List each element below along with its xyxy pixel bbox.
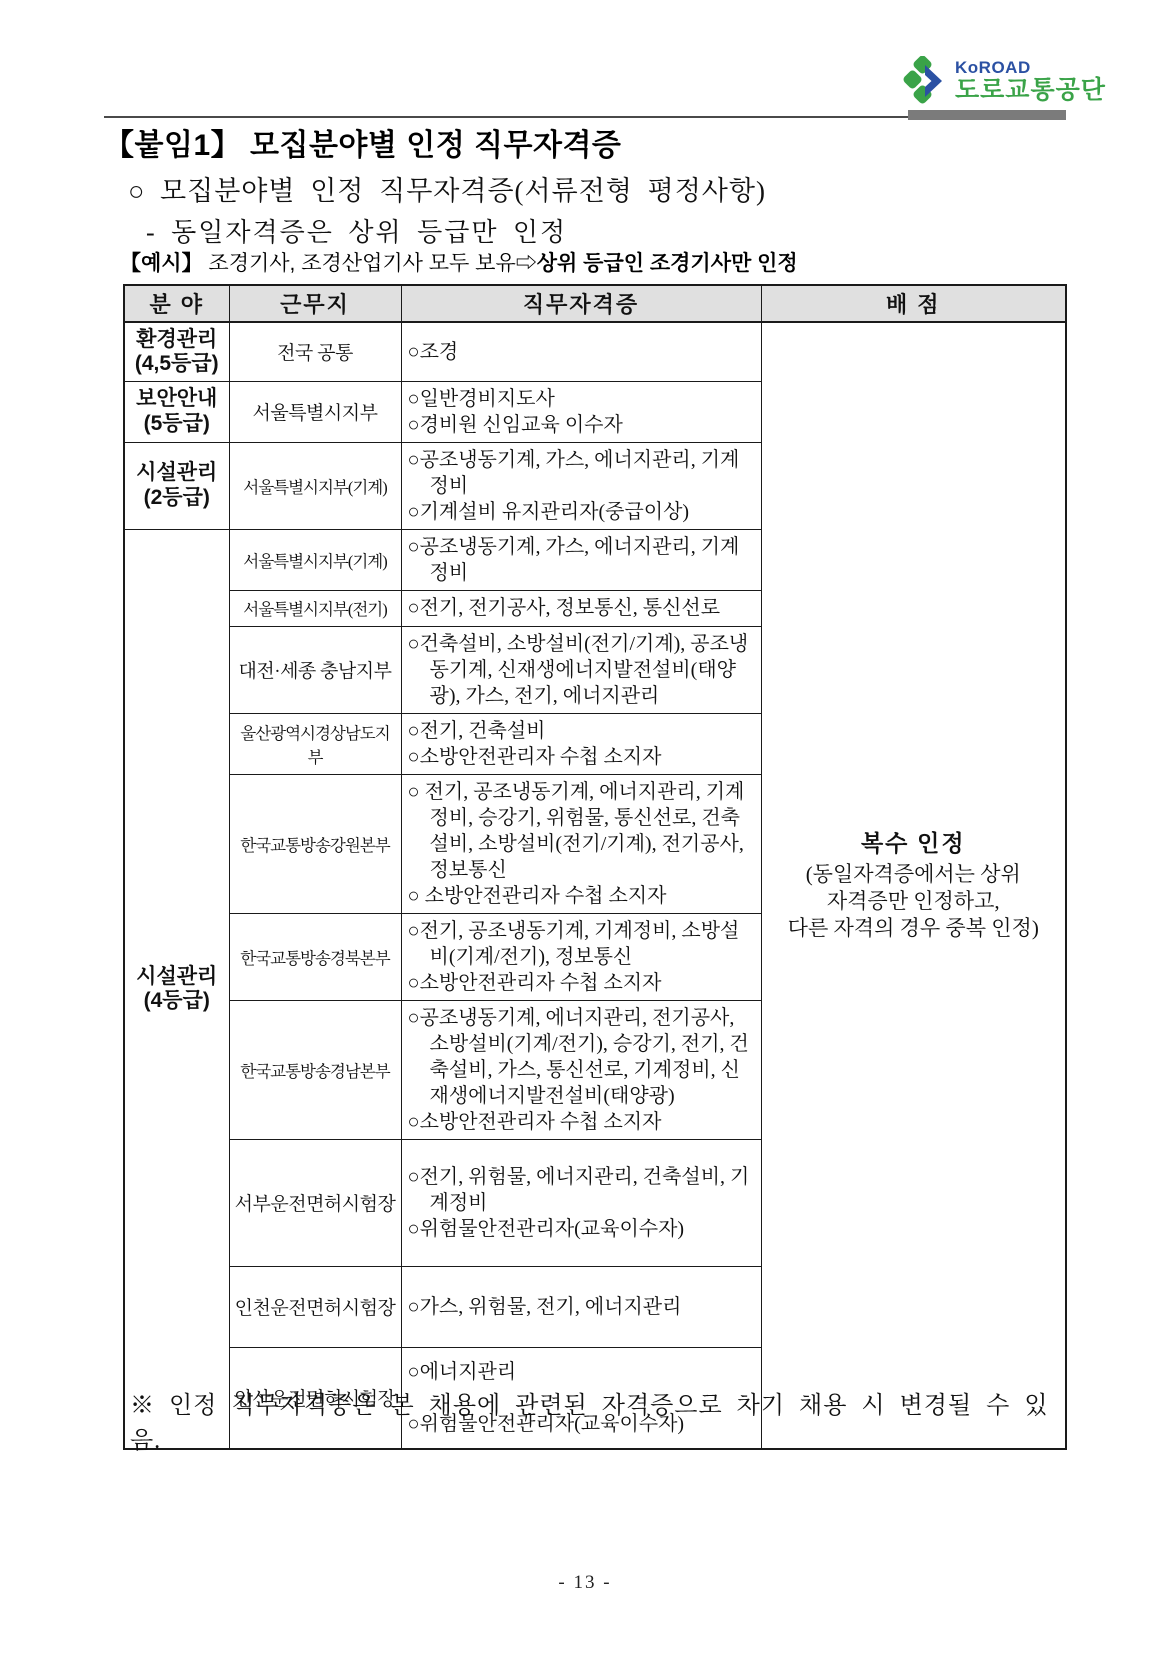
qual-line: ○조경: [408, 339, 755, 365]
qual-line: ○경비원 신임교육 이수자: [408, 412, 755, 438]
score-note-title: 복수 인정: [766, 829, 1062, 859]
field-cell: 보안안내 (5등급): [124, 381, 229, 442]
field-name: 환경관리: [125, 328, 229, 352]
page-title: 【붙임1】 모집분야별 인정 직무자격증: [104, 120, 621, 164]
quals-cell: ○공조냉동기계, 가스, 에너지관리, 기계정비: [401, 529, 761, 590]
quals-cell: ○전기, 위험물, 에너지관리, 건축설비, 기계정비 ○위험물안전관리자(교육…: [401, 1139, 761, 1266]
qual-line: ○가스, 위험물, 전기, 에너지관리: [408, 1294, 755, 1320]
field-cell: 시설관리 (4등급): [124, 529, 229, 1449]
logo-text-block: KoROAD 도로교통공단: [955, 59, 1106, 103]
table-header-row: 분 야 근무지 직무자격증 배 점: [124, 285, 1066, 322]
qual-line: ○ 소방안전관리자 수첩 소지자: [408, 883, 755, 909]
worksite-cell: 서부운전면허시험장: [229, 1139, 401, 1266]
worksite-cell: 서울특별시지부(기계): [229, 442, 401, 529]
table-row: 환경관리 (4,5등급) 전국 공통 ○조경 복수 인정 (동일자격증에서는 상…: [124, 322, 1066, 381]
worksite-cell: 서울특별시지부(기계): [229, 529, 401, 590]
qual-line: ○전기, 건축설비: [408, 718, 755, 744]
qualification-table: 분 야 근무지 직무자격증 배 점 환경관리 (4,5등급) 전국 공통 ○조경…: [123, 284, 1067, 1450]
worksite-cell: 한국교통방송강원본부: [229, 774, 401, 913]
score-note-line: 자격증만 인정하고,: [766, 888, 1062, 915]
worksite-cell: 한국교통방송경남본부: [229, 1000, 401, 1139]
qual-line: ○ 전기, 공조냉동기계, 에너지관리, 기계정비, 승강기, 위험물, 통신선…: [408, 779, 755, 883]
example-arrow-icon: ⇨: [516, 252, 537, 275]
field-cell: 시설관리 (2등급): [124, 442, 229, 529]
score-cell: 복수 인정 (동일자격증에서는 상위 자격증만 인정하고, 다른 자격의 경우 …: [761, 322, 1066, 1449]
example-text: 조경기사, 조경산업기사 모두 보유: [203, 252, 516, 275]
header-qualification: 직무자격증: [401, 285, 761, 322]
document-page: KoROAD 도로교통공단 【붙임1】 모집분야별 인정 직무자격증 ○ 모집분…: [0, 0, 1170, 1654]
qual-line: ○소방안전관리자 수첩 소지자: [408, 1109, 755, 1135]
header-accent-bar: [908, 110, 1066, 120]
field-grade: (4,5등급): [125, 352, 229, 376]
qual-line: ○소방안전관리자 수첩 소지자: [408, 744, 755, 770]
example-bold-text: 상위 등급인 조경기사만 인정: [537, 252, 798, 275]
qual-line: ○기계설비 유지관리자(중급이상): [408, 499, 755, 525]
field-cell: 환경관리 (4,5등급): [124, 322, 229, 381]
qual-line: ○소방안전관리자 수첩 소지자: [408, 970, 755, 996]
quals-cell: ○가스, 위험물, 전기, 에너지관리: [401, 1266, 761, 1347]
field-grade: (2등급): [125, 486, 229, 510]
quals-cell: ○공조냉동기계, 에너지관리, 전기공사, 소방설비(기계/전기), 승강기, …: [401, 1000, 761, 1139]
header-worksite: 근무지: [229, 285, 401, 322]
page-number: - 13 -: [0, 1572, 1170, 1594]
quals-cell: ○일반경비지도사 ○경비원 신임교육 이수자: [401, 381, 761, 442]
field-name: 시설관리: [125, 965, 229, 989]
quals-cell: ○건축설비, 소방설비(전기/기계), 공조냉동기계, 신재생에너지발전설비(태…: [401, 626, 761, 713]
intro-example-line: 【예시】 조경기사, 조경산업기사 모두 보유⇨상위 등급인 조경기사만 인정: [120, 247, 798, 277]
score-note-line: (동일자격증에서는 상위: [766, 861, 1062, 888]
quals-cell: ○전기, 전기공사, 정보통신, 통신선로: [401, 590, 761, 626]
worksite-cell: 한국교통방송경북본부: [229, 913, 401, 1000]
worksite-cell: 인천운전면허시험장: [229, 1266, 401, 1347]
qual-line: ○공조냉동기계, 가스, 에너지관리, 기계정비: [408, 447, 755, 499]
worksite-cell: 울산광역시경상남도지부: [229, 713, 401, 774]
quals-cell: ○공조냉동기계, 가스, 에너지관리, 기계정비 ○기계설비 유지관리자(중급이…: [401, 442, 761, 529]
koroad-clover-icon: [903, 56, 951, 106]
qual-line: ○건축설비, 소방설비(전기/기계), 공조냉동기계, 신재생에너지발전설비(태…: [408, 631, 755, 709]
qual-line: ○일반경비지도사: [408, 386, 755, 412]
header-field: 분 야: [124, 285, 229, 322]
quals-cell: ○전기, 건축설비 ○소방안전관리자 수첩 소지자: [401, 713, 761, 774]
field-grade: (5등급): [125, 412, 229, 436]
field-name: 보안안내: [125, 387, 229, 411]
worksite-cell: 서울특별시지부: [229, 381, 401, 442]
quals-cell: ○전기, 공조냉동기계, 기계정비, 소방설비(기계/전기), 정보통신 ○소방…: [401, 913, 761, 1000]
quals-cell: ○ 전기, 공조냉동기계, 에너지관리, 기계정비, 승강기, 위험물, 통신선…: [401, 774, 761, 913]
qual-line: ○공조냉동기계, 에너지관리, 전기공사, 소방설비(기계/전기), 승강기, …: [408, 1005, 755, 1109]
qual-line: ○에너지관리: [408, 1359, 755, 1385]
intro-sub-line: - 동일자격증은 상위 등급만 인정: [146, 212, 567, 249]
worksite-cell: 대전·세종 충남지부: [229, 626, 401, 713]
field-name: 시설관리: [125, 461, 229, 485]
qual-line: ○위험물안전관리자(교육이수자): [408, 1216, 755, 1242]
field-grade: (4등급): [125, 989, 229, 1013]
header-score: 배 점: [761, 285, 1066, 322]
koroad-logo: KoROAD 도로교통공단: [903, 56, 1106, 106]
qual-line: ○공조냉동기계, 가스, 에너지관리, 기계정비: [408, 534, 755, 586]
worksite-cell: 서울특별시지부(전기): [229, 590, 401, 626]
qual-line: ○전기, 공조냉동기계, 기계정비, 소방설비(기계/전기), 정보통신: [408, 918, 755, 970]
logo-brand-text: KoROAD: [955, 59, 1106, 76]
qual-line: ○전기, 전기공사, 정보통신, 통신선로: [408, 595, 755, 621]
worksite-cell: 전국 공통: [229, 322, 401, 381]
example-label: 【예시】: [120, 252, 203, 275]
quals-cell: ○조경: [401, 322, 761, 381]
score-note-line: 다른 자격의 경우 중복 인정): [766, 915, 1062, 942]
intro-bullet-line: ○ 모집분야별 인정 직무자격증(서류전형 평정사항): [128, 169, 766, 208]
footnote: ※ 인정 직무자격증은 본 채용에 관련된 자격증으로 차기 채용 시 변경될 …: [130, 1385, 1060, 1455]
logo-organization-name: 도로교통공단: [955, 78, 1106, 103]
qual-line: ○전기, 위험물, 에너지관리, 건축설비, 기계정비: [408, 1164, 755, 1216]
